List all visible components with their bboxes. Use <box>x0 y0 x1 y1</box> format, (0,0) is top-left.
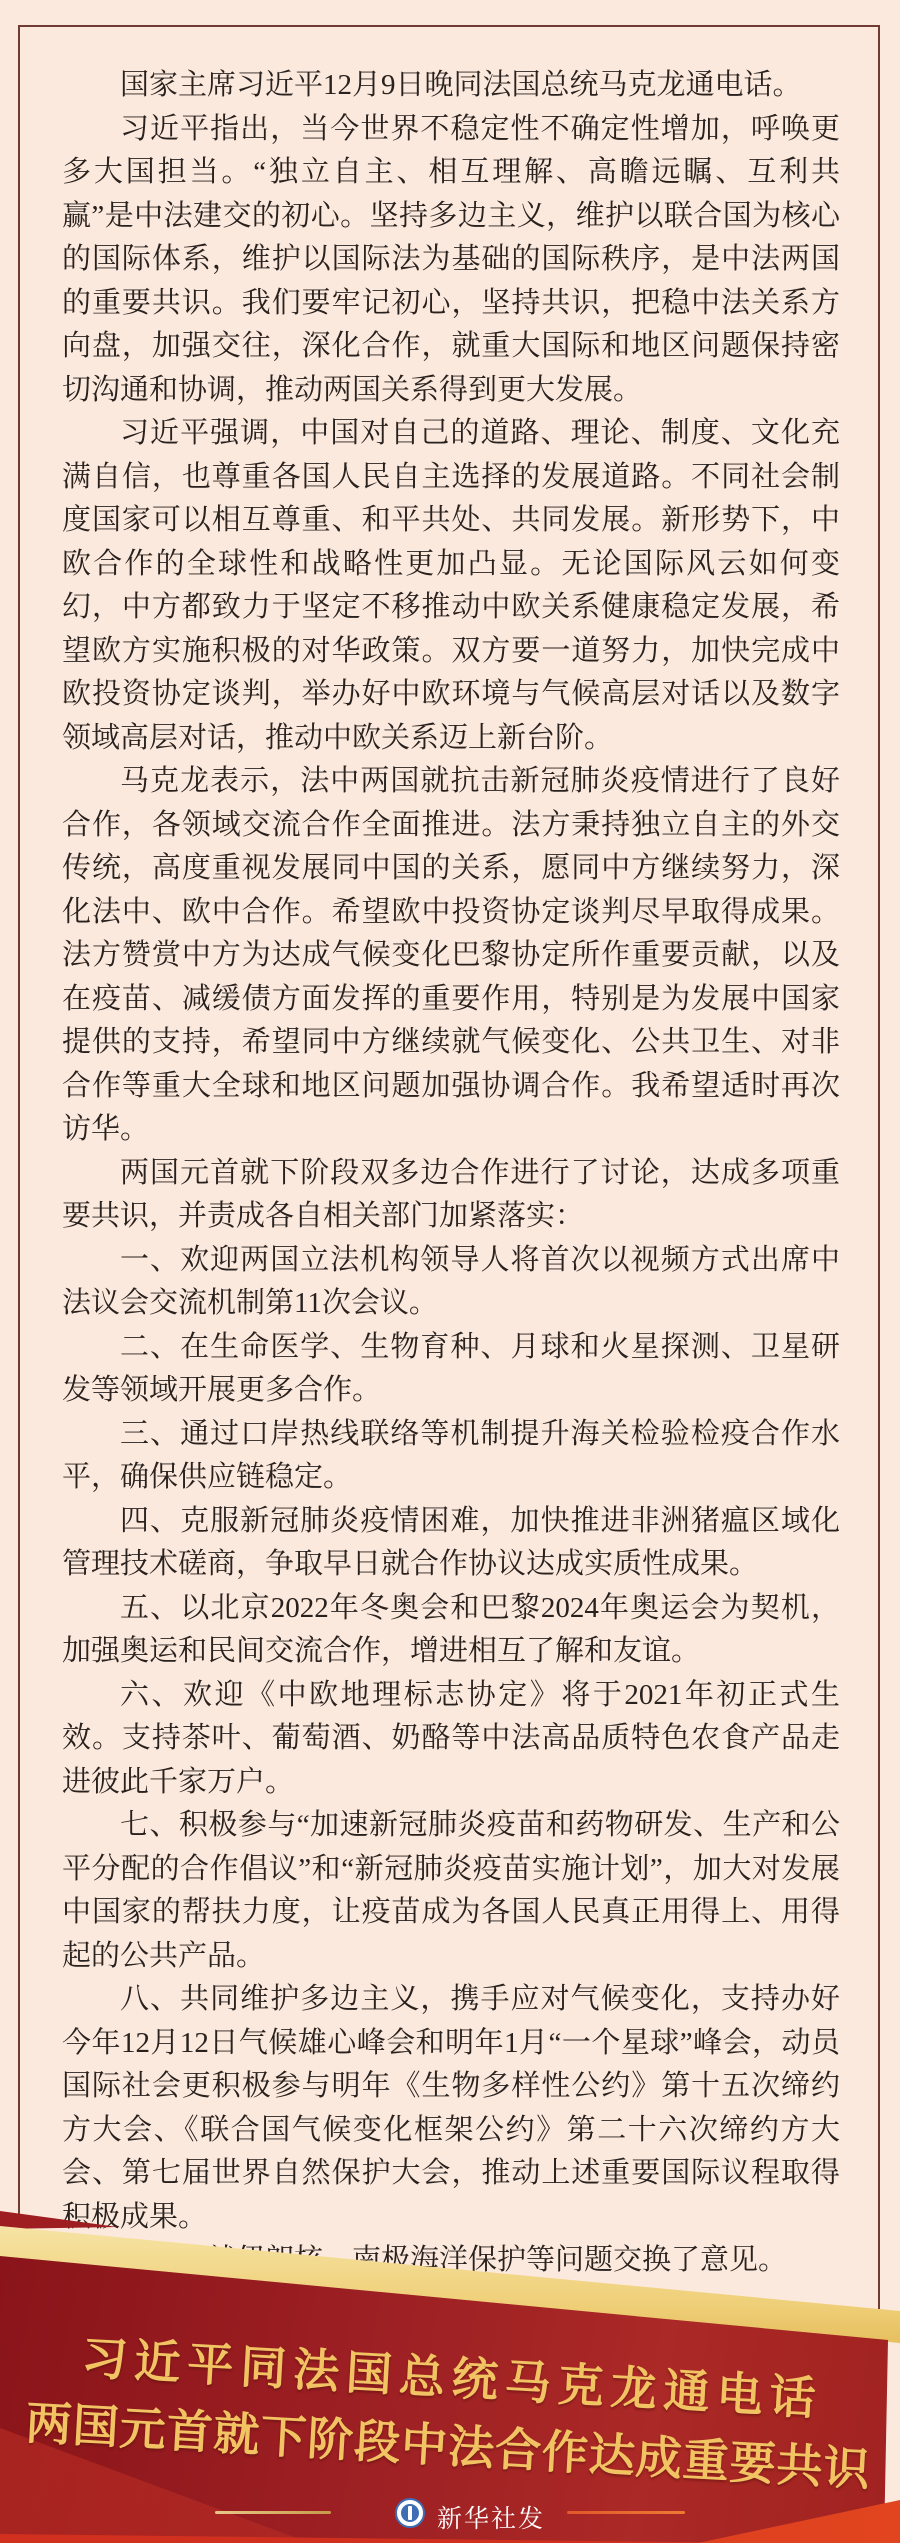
credit-dash-left <box>215 2511 331 2514</box>
paragraph: 一、欢迎两国立法机构领导人将首次以视频方式出席中法议会交流机制第11次会议。 <box>62 1239 840 1326</box>
article-body: 国家主席习近平12月9日晚同法国总统马克龙通电话。习近平指出，当今世界不稳定性不… <box>62 64 840 2283</box>
paragraph: 习近平指出，当今世界不稳定性不确定性增加，呼唤更多大国担当。“独立自主、相互理解… <box>62 108 840 413</box>
credit-dash-right <box>567 2511 685 2514</box>
xinhua-logo-icon <box>395 2498 425 2528</box>
paragraph: 两国元首就下阶段双多边合作进行了讨论，达成多项重要共识，并责成各自相关部门加紧落… <box>62 1152 840 1239</box>
xinhua-logo-torch-mark <box>408 2506 412 2520</box>
paragraph: 七、积极参与“加速新冠肺炎疫苗和药物研发、生产和公平分配的合作倡议”和“新冠肺炎… <box>62 1804 840 1978</box>
news-card: 国家主席习近平12月9日晚同法国总统马克龙通电话。习近平指出，当今世界不稳定性不… <box>0 0 900 2543</box>
paragraph: 四、克服新冠肺炎疫情困难，加快推进非洲猪瘟区域化管理技术磋商，争取早日就合作协议… <box>62 1500 840 1587</box>
paragraph: 二、在生命医学、生物育种、月球和火星探测、卫星研发等领域开展更多合作。 <box>62 1326 840 1413</box>
paragraph: 五、以北京2022年冬奥会和巴黎2024年奥运会为契机，加强奥运和民间交流合作，… <box>62 1587 840 1674</box>
paragraph: 习近平强调，中国对自己的道路、理论、制度、文化充满自信，也尊重各国人民自主选择的… <box>62 412 840 760</box>
bottom-banner: 习近平同法国总统马克龙通电话 两国元首就下阶段中法合作达成重要共识 新华社发 <box>0 2200 900 2543</box>
paragraph: 三、通过口岸热线联络等机制提升海关检验检疫合作水平，确保供应链稳定。 <box>62 1413 840 1500</box>
credit-text: 新华社发 <box>437 2499 545 2535</box>
paragraph: 六、欢迎《中欧地理标志协定》将于2021年初正式生效。支持茶叶、葡萄酒、奶酪等中… <box>62 1674 840 1805</box>
paragraph: 国家主席习近平12月9日晚同法国总统马克龙通电话。 <box>62 64 840 108</box>
paragraph: 马克龙表示，法中两国就抗击新冠肺炎疫情进行了良好合作，各领域交流合作全面推进。法… <box>62 760 840 1152</box>
